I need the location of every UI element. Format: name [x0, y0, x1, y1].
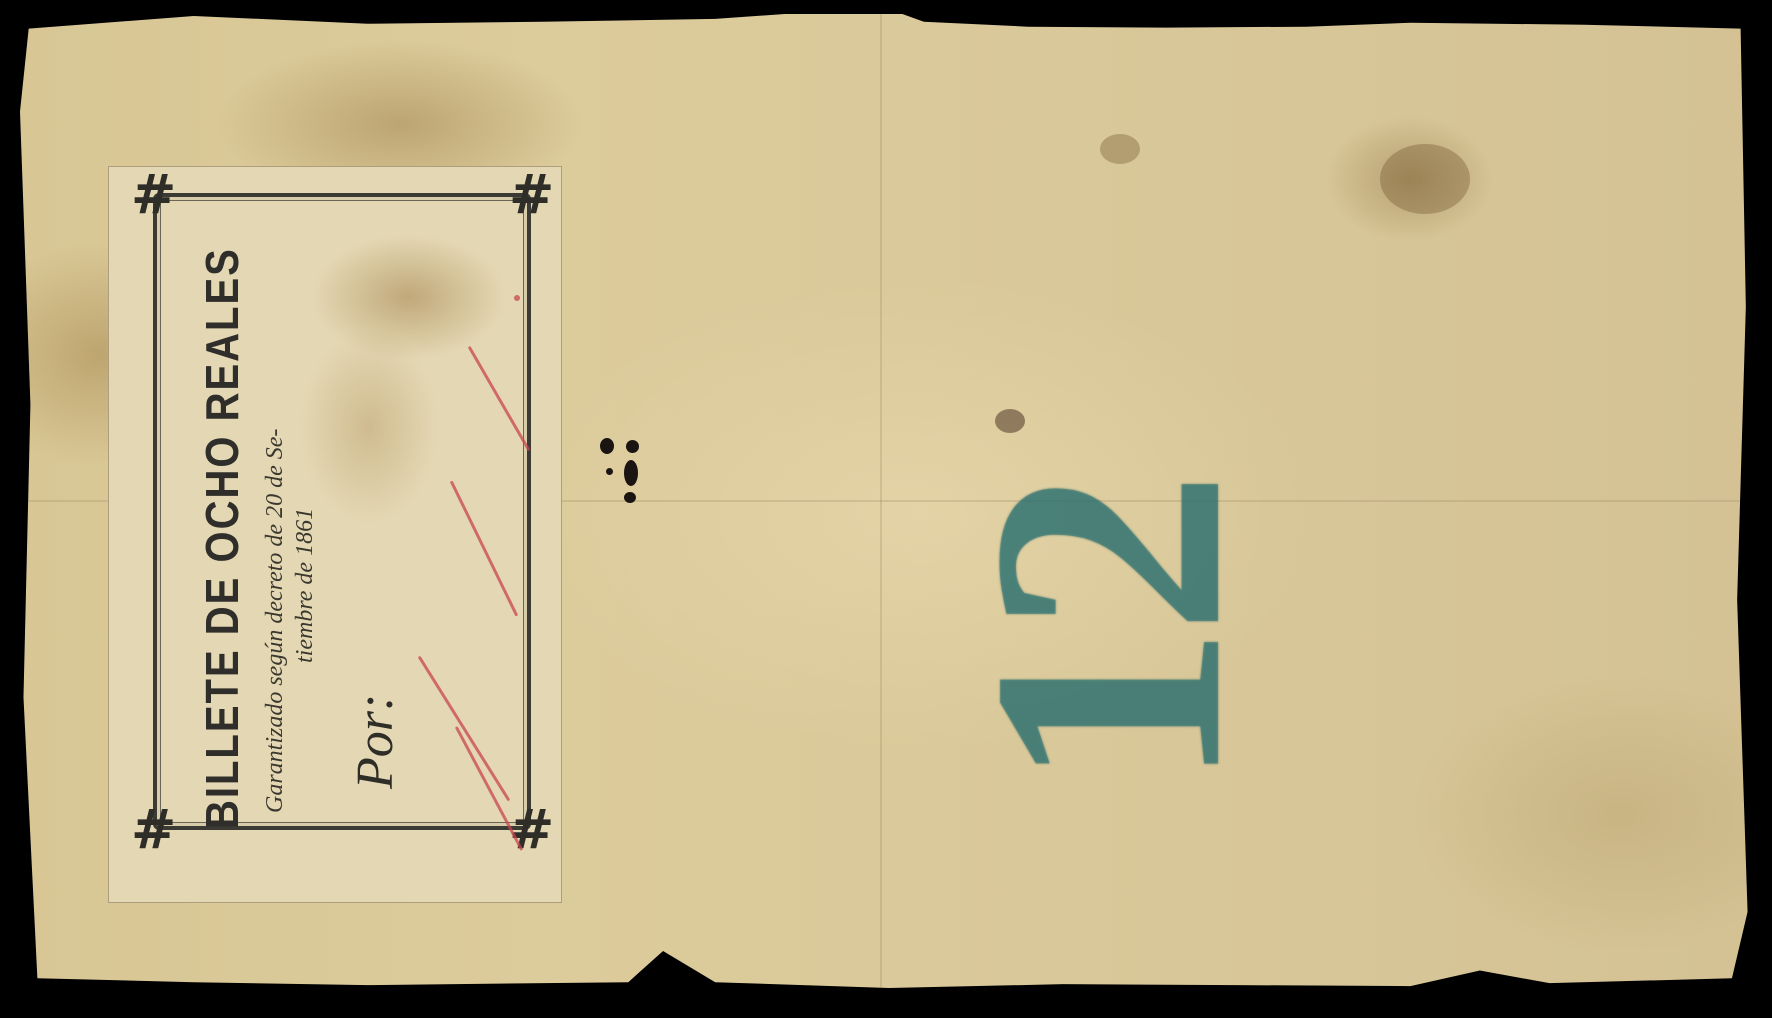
banknote: # # # # BILLETE DE OCHO REALES Garantiza… — [20, 14, 1758, 990]
label-title: BILLETE DE OCHO REALES — [198, 239, 250, 829]
red-pencil-dot — [514, 295, 520, 301]
guarantee-line-1: Garantizado según decreto de 20 de Se- — [262, 429, 288, 813]
ink-spots — [598, 434, 648, 504]
stain — [995, 409, 1025, 433]
guarantee-line-2: tiembre de 1861 — [290, 239, 320, 813]
printed-label: # # # # BILLETE DE OCHO REALES Garantiza… — [108, 166, 562, 903]
corner-ornament-icon: # — [131, 808, 175, 852]
corner-ornament-icon: # — [509, 173, 553, 217]
signature: Por: — [346, 239, 405, 829]
guarantee-text: Garantizado según decreto de 20 de Se- t… — [260, 239, 320, 829]
stain — [1380, 144, 1470, 214]
stain — [1100, 134, 1140, 164]
corner-ornament-icon: # — [131, 173, 175, 217]
denomination-stamp: 12 — [978, 450, 1238, 820]
vertical-fold-line — [880, 14, 882, 990]
stamp-number: 12 — [943, 480, 1273, 790]
